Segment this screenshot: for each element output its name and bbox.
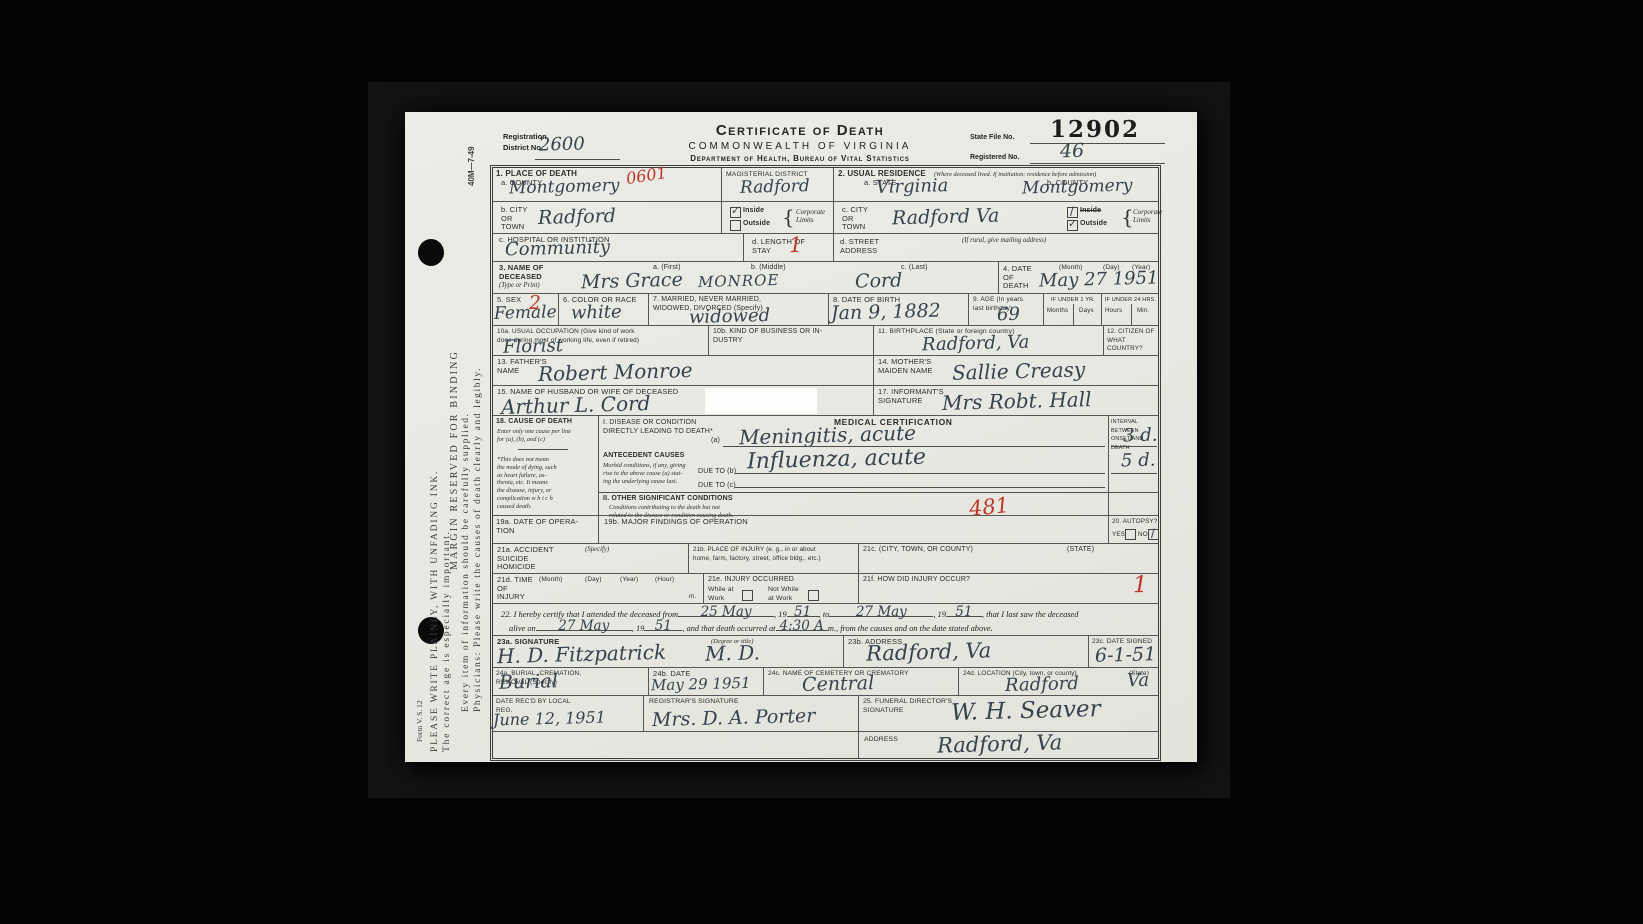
citizen-label: 12. CITIZEN OF WHAT COUNTRY? xyxy=(1107,328,1158,354)
registrar-signature-label: REGISTRAR'S SIGNATURE xyxy=(649,698,739,707)
morbid-conditions-note: Morbid conditions, if any, giving rise t… xyxy=(603,462,686,485)
field-medical-certification: MEDICAL CERTIFICATION I. DISEASE OR COND… xyxy=(598,415,1108,515)
field-residence-corporate-limits: Inside Outside { Corporate Limits xyxy=(1063,201,1158,233)
certificate-title: Certificate of Death xyxy=(640,122,960,139)
funeral-director-address-label: ADDRESS xyxy=(864,736,898,745)
county-value: Montgomery xyxy=(509,176,620,199)
field-occupation: 10a. USUAL OCCUPATION (Give kind of work… xyxy=(493,325,708,355)
not-while-at-work-checkbox xyxy=(808,590,819,601)
birthplace-value: Radford, Va xyxy=(922,332,1030,356)
field-funeral-director-address: ADDRESS Radford, Va xyxy=(858,731,1158,758)
hole-punch-top xyxy=(418,239,444,266)
field-registrar-signature: REGISTRAR'S SIGNATURE Mrs. D. A. Porter xyxy=(643,695,858,731)
field-informant: 17. INFORMANT'S SIGNATURE Mrs Robt. Hall xyxy=(873,385,1158,415)
place-of-injury-label: 21b. PLACE OF INJURY (e. g., in or about… xyxy=(693,546,821,563)
field-citizen: 12. CITIZEN OF WHAT COUNTRY? xyxy=(1103,325,1158,355)
field-interval: INTERVAL BETWEEN ONSET AND DEATH 3 d. 5 … xyxy=(1108,415,1158,515)
field-birthplace: 11. BIRTHPLACE (State or foreign country… xyxy=(873,325,1103,355)
margin-form-number: Form V. S. 12 xyxy=(415,700,424,742)
months-days-divider xyxy=(1073,304,1074,326)
field-age-under-24hrs: IF UNDER 24 HRS. Hours Min. xyxy=(1101,293,1158,325)
registered-line xyxy=(1030,163,1165,164)
scan-page: Form V. S. 12 PLEASE WRITE PLAINLY, WITH… xyxy=(0,0,1643,924)
injury-year-label: (Year) xyxy=(620,576,638,585)
certify-year-two: 51 xyxy=(946,608,982,617)
burial-location-value: Radford xyxy=(1005,673,1079,696)
margin-supplied-line2: Physicians: Please write the causes of d… xyxy=(473,367,485,712)
residence-outside-label: Outside xyxy=(1080,220,1107,229)
other-conditions-divider xyxy=(599,492,1109,493)
residence-inside-label: Inside xyxy=(1080,207,1101,216)
field-cause-of-death-notes: 18. CAUSE OF DEATH Enter only one cause … xyxy=(493,415,598,515)
field-color-or-race: 6. COLOR OR RACE white xyxy=(558,293,648,325)
certify-time-value: 4:30 A xyxy=(776,622,828,631)
field-business-industry: 10b. KIND OF BUSINESS OR IN- DUSTRY xyxy=(708,325,873,355)
injury-red-mark: 1 xyxy=(1133,572,1148,598)
type-or-print-note: (Type or Print) xyxy=(499,282,540,290)
field-funeral-director: 25. FUNERAL DIRECTOR'S SIGNATURE W. H. S… xyxy=(858,695,1158,731)
certify-line-two: alive on27 May, 1951, and that death occ… xyxy=(509,623,993,633)
certify-year-one: 51 xyxy=(787,608,819,617)
burial-location-state-value: Va xyxy=(1127,670,1150,692)
field-date-received: DATE REC'D BY LOCAL REG. June 12, 1951 xyxy=(493,695,643,731)
field-physician-signature: 23a. SIGNATURE (Degree or title) H. D. F… xyxy=(493,635,843,667)
signature-value: H. D. Fitzpatrick xyxy=(497,640,667,668)
name-of-deceased-label: 3. NAME OF DECEASED xyxy=(499,264,543,281)
date-of-death-value: May 27 1951 xyxy=(1039,267,1159,291)
injury-hour-label: (Hour) xyxy=(655,576,674,585)
cause-b-tag: DUE TO (b) xyxy=(698,468,736,477)
field-residence-city: c. CITY OR TOWN Radford Va xyxy=(833,201,1063,233)
date-received-value: June 12, 1951 xyxy=(493,708,606,730)
injury-city-label: 21c. (CITY, TOWN, OR COUNTY) xyxy=(863,546,973,555)
autopsy-no-checkbox xyxy=(1148,529,1159,540)
field-cemetery: 24c. NAME OF CEMETERY OR CREMATORY Centr… xyxy=(763,667,958,695)
days-label: Days xyxy=(1079,307,1094,316)
funeral-director-address-value: Radford, Va xyxy=(937,730,1063,757)
sex-code-annotation: 2 xyxy=(529,292,542,314)
certificate-form: 1. PLACE OF DEATH a. COUNTY 0601 Montgom… xyxy=(490,165,1161,761)
redaction-box xyxy=(705,388,817,414)
certify-y19c: , 19 xyxy=(632,624,645,633)
field-corporate-limits: Inside Outside { Corporate Limits xyxy=(721,201,833,233)
field-burial-date: 24b. DATE May 29 1951 xyxy=(648,667,763,695)
cause-b-line xyxy=(735,473,1105,474)
field-burial-location: 24d. LOCATION (City, town, or county) (S… xyxy=(958,667,1158,695)
margin-binding-note: MARGIN RESERVED FOR BINDING xyxy=(449,350,460,570)
margin-plainly-line1: PLEASE WRITE PLAINLY, WITH UNFADING INK. xyxy=(429,470,441,752)
hospital-value: Community xyxy=(505,237,611,261)
informant-label: 17. INFORMANT'S SIGNATURE xyxy=(878,388,944,405)
interval-c-line xyxy=(1109,492,1159,493)
date-of-birth-value: Jan 9, 1882 xyxy=(831,300,941,325)
sex-value: Female xyxy=(494,302,557,324)
race-value: white xyxy=(571,301,622,323)
funeral-director-value: W. H. Seaver xyxy=(951,696,1101,726)
cause-b-value: Influenza, acute xyxy=(747,445,927,475)
major-findings-label: 19b. MAJOR FINDINGS OF OPERATION xyxy=(604,518,748,527)
residence-outside-checkbox xyxy=(1067,220,1078,231)
city-label: b. CITY OR TOWN xyxy=(501,206,527,232)
field-age-under-1yr: IF UNDER 1 YR. Months Days xyxy=(1043,293,1101,325)
cause-a-tag: (a) xyxy=(711,437,720,446)
certify-from-date: 25 May xyxy=(678,608,774,617)
interval-b-value: 5 d. xyxy=(1121,450,1156,472)
cause-of-death-label: 18. CAUSE OF DEATH xyxy=(496,418,572,427)
residence-county-value: Montgomery xyxy=(1022,176,1133,199)
injury-day-label: (Day) xyxy=(585,576,602,585)
state-file-value: 12902 xyxy=(1050,116,1140,143)
mother-label: 14. MOTHER'S MAIDEN NAME xyxy=(878,358,933,375)
certify-p-saw: , that I last saw the deceased xyxy=(982,610,1079,619)
cause-c-line xyxy=(735,487,1105,488)
state-file-line xyxy=(1030,143,1165,144)
field-usual-residence: 2. USUAL RESIDENCE (Where deceased lived… xyxy=(833,168,1158,201)
inside-label: Inside xyxy=(743,207,764,216)
residence-state-value: Virginia xyxy=(876,175,949,198)
mother-value: Sallie Creasy xyxy=(952,357,1086,384)
cause-c-tag: DUE TO (c) xyxy=(698,482,736,491)
antecedent-causes-label: ANTECEDENT CAUSES xyxy=(603,452,685,461)
hours-label: Hours xyxy=(1105,307,1122,316)
certify-p-end: m., from the causes and on the date stat… xyxy=(828,624,993,633)
field-autopsy: 20. AUTOPSY? YES NO xyxy=(1108,515,1158,543)
injury-meridiem-label: m. xyxy=(689,593,697,602)
first-name-value: Mrs Grace xyxy=(581,269,683,294)
field-injury-occurred: 21e. INJURY OCCURRED While at Work Not W… xyxy=(703,573,858,603)
cause-note-divider xyxy=(518,449,568,450)
field-sex: 5. SEX Female 2 xyxy=(493,293,558,325)
field-place-of-death-county: 1. PLACE OF DEATH a. COUNTY 0601 Montgom… xyxy=(493,168,721,201)
hours-min-divider xyxy=(1131,304,1132,326)
accident-specify-note: (Specify) xyxy=(585,546,609,554)
months-label: Months xyxy=(1047,307,1068,316)
not-while-at-work-label: Not While at Work xyxy=(768,586,799,603)
residence-corporate-limits-label: Corporate Limits xyxy=(1133,209,1162,225)
field-certification-statement: 22. I hereby certify that I attended the… xyxy=(493,603,1158,635)
autopsy-no-label: NO xyxy=(1138,531,1148,540)
certify-year-three: 51 xyxy=(644,622,682,631)
length-of-stay-value: 1 xyxy=(789,233,803,257)
registered-no-value: 46 xyxy=(1060,140,1085,163)
while-at-work-checkbox xyxy=(742,590,753,601)
field-name-of-deceased: 3. NAME OF DECEASED (Type or Print) a. (… xyxy=(493,261,998,293)
autopsy-yes-label: YES xyxy=(1112,531,1125,540)
burial-date-value: May 29 1951 xyxy=(651,674,751,695)
date-of-operation-label: 19a. DATE OF OPERA- TION xyxy=(496,518,578,535)
state-file-label: State File No. xyxy=(970,134,1014,141)
corporate-brace: { xyxy=(782,205,795,229)
corporate-limits-label: Corporate Limits xyxy=(796,209,825,225)
field-injury-city: 21c. (CITY, TOWN, OR COUNTY) (STATE) xyxy=(858,543,1158,573)
outside-label: Outside xyxy=(743,220,770,229)
registered-no-label: Registered No. xyxy=(970,154,1019,161)
certify-to-date: 27 May xyxy=(829,608,933,617)
district-line xyxy=(535,159,620,160)
field-street-address: d. STREET ADDRESS (If rural, give mailin… xyxy=(833,233,1158,261)
cemetery-value: Central xyxy=(802,672,875,696)
field-spouse-name: 15. NAME OF HUSBAND OR WIFE OF DECEASED … xyxy=(493,385,873,415)
field-time-of-injury: 21d. TIME OF INJURY (Month) (Day) (Year)… xyxy=(493,573,703,603)
field-bottom-blank xyxy=(493,731,858,758)
last-name-label: c. (Last) xyxy=(901,264,928,273)
physician-address-value: Radford, Va xyxy=(866,638,992,665)
district-no-label: District No. xyxy=(503,143,543,152)
field-date-of-birth: 8. DATE OF BIRTH Jan 9, 1882 xyxy=(828,293,968,325)
margin-instruction-supplied: Every item of information should be care… xyxy=(461,367,484,712)
cause-note-one: Enter only one cause per line for (a), (… xyxy=(497,428,571,444)
interval-a-value: 3 d. xyxy=(1123,425,1158,447)
middle-name-value: MONROE xyxy=(698,271,780,291)
field-major-findings: 19b. MAJOR FINDINGS OF OPERATION xyxy=(598,515,1108,543)
residence-city-value: Radford Va xyxy=(892,205,1000,230)
field-father-name: 13. FATHER'S NAME Robert Monroe xyxy=(493,355,873,385)
registrar-signature-value: Mrs. D. A. Porter xyxy=(652,705,816,731)
margin-print-code: 40M—7-49 xyxy=(467,146,476,186)
business-industry-label: 10b. KIND OF BUSINESS OR IN- DUSTRY xyxy=(713,328,822,345)
magisterial-district-value: Radford xyxy=(740,176,810,198)
field-date-signed: 23c. DATE SIGNED 6-1-51 xyxy=(1088,635,1158,667)
city-value: Radford xyxy=(538,205,617,229)
field-age: 9. AGE (In years last birthday) 69 xyxy=(968,293,1043,325)
autopsy-yes-checkbox xyxy=(1125,529,1136,540)
last-name-value: Cord xyxy=(855,269,903,292)
commonwealth-title: COMMONWEALTH OF VIRGINIA xyxy=(640,141,960,152)
injury-state-label: (STATE) xyxy=(1067,546,1094,555)
certify-y19b: , 19 xyxy=(933,610,946,619)
field-date-of-death: 4. DATE OF DEATH (Month) (Day) (Year) Ma… xyxy=(998,261,1158,293)
informant-value: Mrs Robt. Hall xyxy=(942,387,1092,415)
street-address-note: (If rural, give mailing address) xyxy=(962,237,1046,245)
residence-city-label: c. CITY OR TOWN xyxy=(842,206,868,232)
accident-label: 21a. ACCIDENT SUICIDE HOMICIDE xyxy=(497,546,554,572)
injury-occurred-label: 21e. INJURY OCCURRED xyxy=(708,576,794,585)
interval-b-line xyxy=(1111,473,1157,474)
certify-p-died: , and that death occurred at xyxy=(682,624,775,633)
field-city-or-town: b. CITY OR TOWN Radford xyxy=(493,201,721,233)
field-magisterial-district: MAGISTERIAL DISTRICT Radford xyxy=(721,168,833,201)
interval-a-line xyxy=(1111,446,1157,447)
disease-label: I. DISEASE OR CONDITION DIRECTLY LEADING… xyxy=(603,419,713,436)
field-how-injury-occurred: 21f. HOW DID INJURY OCCUR? 1 xyxy=(858,573,1158,603)
cause-note-two: *This does not mean the mode of dying, s… xyxy=(497,456,557,511)
street-address-label: d. STREET ADDRESS xyxy=(840,238,879,255)
death-certificate: Form V. S. 12 PLEASE WRITE PLAINLY, WITH… xyxy=(405,112,1197,762)
field-mother-name: 14. MOTHER'S MAIDEN NAME Sallie Creasy xyxy=(873,355,1158,385)
field-marital-status: 7. MARRIED, NEVER MARRIED, WIDOWED, DIVO… xyxy=(648,293,828,325)
injury-month-label: (Month) xyxy=(539,576,562,585)
age-value: 69 xyxy=(997,304,1020,326)
how-injury-occurred-label: 21f. HOW DID INJURY OCCUR? xyxy=(863,576,970,585)
inside-checkbox xyxy=(730,207,741,218)
department-title: Department of Health, Bureau of Vital St… xyxy=(640,154,960,163)
certify-alive-date: 27 May xyxy=(536,622,632,631)
date-signed-value: 6-1-51 xyxy=(1095,643,1157,667)
field-physician-address: 23b. ADDRESS Radford, Va xyxy=(843,635,1088,667)
field-hospital: c. HOSPITAL OR INSTITUTION Community xyxy=(493,233,743,261)
residence-corporate-brace: { xyxy=(1121,205,1134,229)
burial-value: Burial xyxy=(499,670,558,694)
degree-value: M. D. xyxy=(705,640,760,665)
county-code-annotation: 0601 xyxy=(625,163,668,188)
outside-checkbox xyxy=(730,220,741,231)
father-value: Robert Monroe xyxy=(538,358,693,386)
date-of-death-label: 4. DATE OF DEATH xyxy=(1003,265,1032,291)
field-place-of-injury: 21b. PLACE OF INJURY (e. g., in or about… xyxy=(688,543,858,573)
time-of-injury-label: 21d. TIME OF INJURY xyxy=(497,576,533,602)
field-accident-suicide-homicide: 21a. ACCIDENT SUICIDE HOMICIDE (Specify) xyxy=(493,543,688,573)
margin-supplied-line1: Every item of information should be care… xyxy=(461,367,473,712)
other-conditions-label: II. OTHER SIGNIFICANT CONDITIONS xyxy=(603,495,733,504)
while-at-work-label: While at Work xyxy=(708,586,734,603)
district-no-value: 2600 xyxy=(539,133,585,155)
certify-alive-word: alive on xyxy=(509,624,536,633)
field-burial: 24a. BURIAL, CREMATION, REMOVAL (Specify… xyxy=(493,667,648,695)
min-label: Min. xyxy=(1137,307,1149,316)
field-length-of-stay: d. LENGTH OF STAY 1 xyxy=(743,233,833,261)
funeral-director-label: 25. FUNERAL DIRECTOR'S SIGNATURE xyxy=(863,698,952,715)
field-date-of-operation: 19a. DATE OF OPERA- TION xyxy=(493,515,598,543)
